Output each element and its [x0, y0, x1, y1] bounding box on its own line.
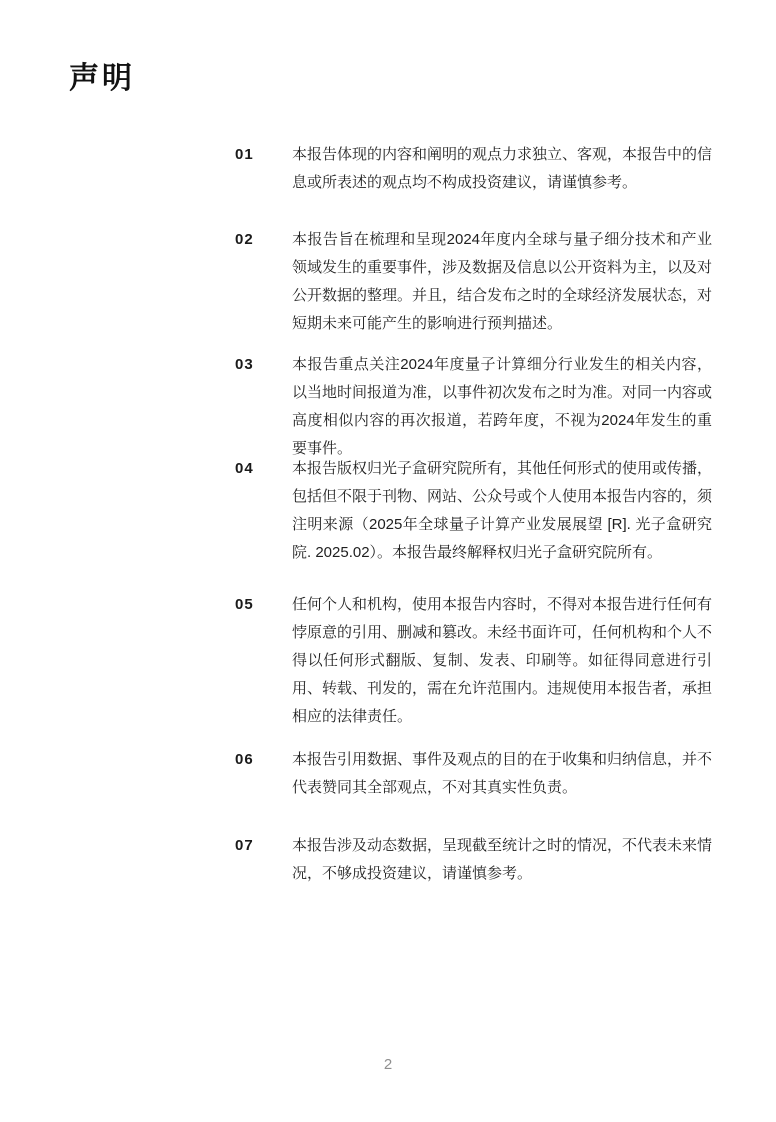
item-text: 本报告重点关注2024年度量子计算细分行业发生的相关内容，以当地时间报道为准，以… — [292, 351, 712, 463]
item-number: 03 — [235, 351, 292, 379]
item-text: 本报告旨在梳理和呈现2024年度内全球与量子细分技术和产业领域发生的重要事件，涉… — [292, 226, 712, 338]
item-number: 06 — [235, 746, 292, 774]
page-title: 声明 — [69, 60, 135, 98]
document-page: 声明 01 本报告体现的内容和阐明的观点力求独立、客观，本报告中的信息或所表述的… — [0, 0, 776, 1122]
statement-item: 01 本报告体现的内容和阐明的观点力求独立、客观，本报告中的信息或所表述的观点均… — [235, 141, 712, 197]
statement-item: 02 本报告旨在梳理和呈现2024年度内全球与量子细分技术和产业领域发生的重要事… — [235, 226, 712, 338]
item-number: 01 — [235, 141, 292, 169]
statement-item: 07 本报告涉及动态数据，呈现截至统计之时的情况，不代表未来情况，不够成投资建议… — [235, 832, 712, 888]
page-number: 2 — [0, 1056, 776, 1074]
statement-item: 06 本报告引用数据、事件及观点的目的在于收集和归纳信息，并不代表赞同其全部观点… — [235, 746, 712, 802]
item-number: 05 — [235, 591, 292, 619]
item-number: 04 — [235, 455, 292, 483]
item-text: 本报告引用数据、事件及观点的目的在于收集和归纳信息，并不代表赞同其全部观点，不对… — [292, 746, 712, 802]
statement-item: 03 本报告重点关注2024年度量子计算细分行业发生的相关内容，以当地时间报道为… — [235, 351, 712, 463]
item-text: 本报告涉及动态数据，呈现截至统计之时的情况，不代表未来情况，不够成投资建议，请谨… — [292, 832, 712, 888]
item-number: 07 — [235, 832, 292, 860]
statement-item: 04 本报告版权归光子盒研究院所有，其他任何形式的使用或传播，包括但不限于刊物、… — [235, 455, 712, 567]
item-text: 任何个人和机构，使用本报告内容时，不得对本报告进行任何有悖原意的引用、删减和篡改… — [292, 591, 712, 731]
statement-list: 01 本报告体现的内容和阐明的观点力求独立、客观，本报告中的信息或所表述的观点均… — [235, 141, 712, 888]
item-text: 本报告版权归光子盒研究院所有，其他任何形式的使用或传播，包括但不限于刊物、网站、… — [292, 455, 712, 567]
statement-item: 05 任何个人和机构，使用本报告内容时，不得对本报告进行任何有悖原意的引用、删减… — [235, 591, 712, 731]
item-text: 本报告体现的内容和阐明的观点力求独立、客观，本报告中的信息或所表述的观点均不构成… — [292, 141, 712, 197]
item-number: 02 — [235, 226, 292, 254]
